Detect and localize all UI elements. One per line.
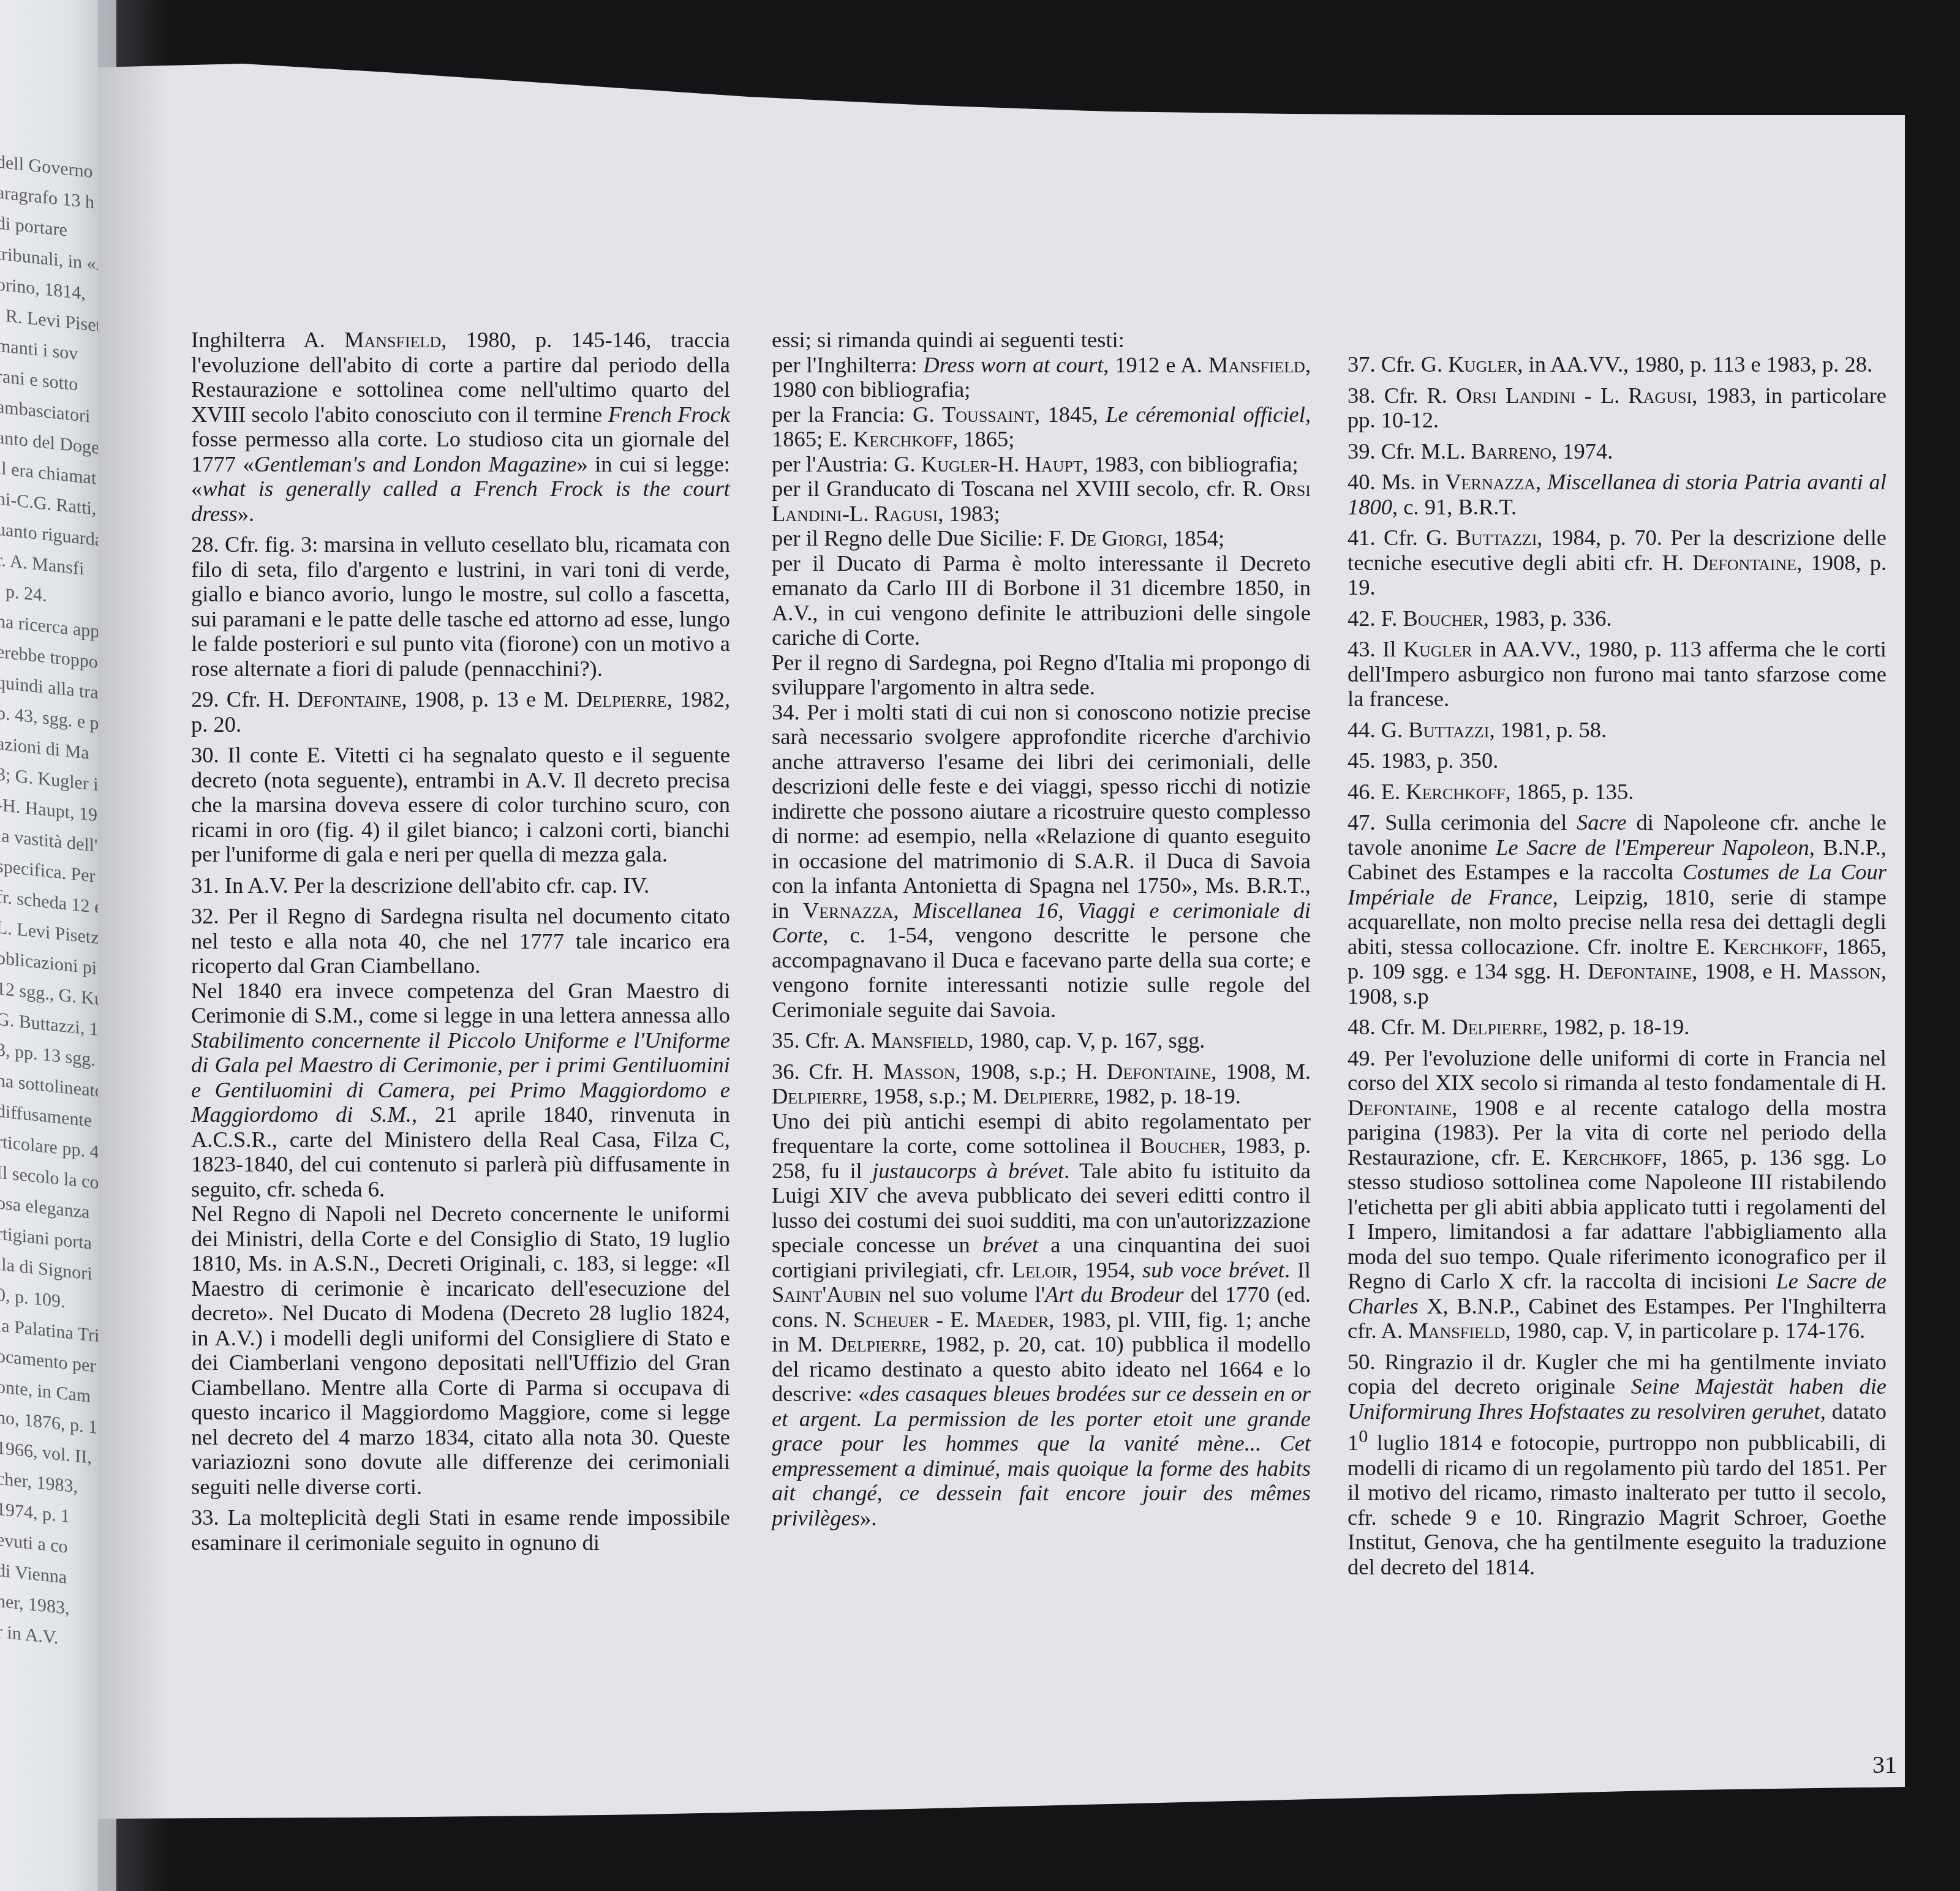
footnote-35: 35. Cfr. A. Mansfield, 1980, cap. V, p. … — [772, 1028, 1311, 1053]
footnote-30: 30. Il conte E. Vitetti ci ha segnalato … — [191, 743, 730, 867]
footnotes-column-left: Inghilterra A. Mansfield, 1980, p. 145-1… — [191, 328, 730, 1561]
footnote-38: 38. Cfr. R. Orsi Landini - L. Ragusi, 19… — [1347, 383, 1887, 433]
footnote-39: 39. Cfr. M.L. Barreno, 1974. — [1347, 439, 1887, 464]
footnote-32c: Nel Regno di Napoli nel Decreto concerne… — [191, 1201, 730, 1499]
footnote-43: 43. Il Kugler in AA.VV., 1980, p. 113 af… — [1347, 637, 1887, 712]
footnote-28: 28. Cfr. fig. 3: marsina in velluto cese… — [191, 532, 730, 681]
footnote-33-cont: essi; si rimanda quindi ai seguenti test… — [772, 328, 1311, 476]
footnote-29: 29. Cfr. H. Defontaine, 1908, p. 13 e M.… — [191, 687, 730, 737]
footnote-42: 42. F. Boucher, 1983, p. 336. — [1347, 606, 1887, 631]
footnote-48: 48. Cfr. M. Delpierre, 1982, p. 18-19. — [1347, 1015, 1887, 1040]
footnote-37: 37. Cfr. G. Kugler, in AA.VV., 1980, p. … — [1347, 352, 1887, 377]
footnote-47: 47. Sulla cerimonia del Sacre di Napoleo… — [1347, 810, 1887, 1009]
footnote-41: 41. Cfr. G. Buttazzi, 1984, p. 70. Per l… — [1347, 525, 1887, 600]
footnote-49: 49. Per l'evoluzione delle uniformi di c… — [1347, 1046, 1887, 1344]
footnotes-column-right: 37. Cfr. G. Kugler, in AA.VV., 1980, p. … — [1347, 352, 1887, 1585]
book-page: Inghilterra A. Mansfield, 1980, p. 145-1… — [98, 0, 1905, 1891]
footnote-40: 40. Ms. in Vernazza, Miscellanea di stor… — [1347, 470, 1887, 519]
footnote-32a: 32. Per il Regno di Sardegna risulta nel… — [191, 904, 730, 979]
footnote-46: 46. E. Kerchkoff, 1865, p. 135. — [1347, 780, 1887, 805]
footnote-45: 45. 1983, p. 350. — [1347, 748, 1887, 773]
footnote-27-cont: Inghilterra A. Mansfield, 1980, p. 145-1… — [191, 328, 730, 526]
footnote-44: 44. G. Buttazzi, 1981, p. 58. — [1347, 718, 1887, 743]
page-number: 31 — [1872, 1750, 1897, 1779]
footnotes-column-middle: essi; si rimanda quindi ai seguenti test… — [772, 328, 1311, 1536]
footnote-33-cont2: per il Granducato di Toscana nel XVIII s… — [772, 476, 1311, 700]
footnote-50: 50. Ringrazio il dr. Kugler che mi ha ge… — [1347, 1350, 1887, 1580]
footnote-36: 36. Cfr. H. Masson, 1908, s.p.; H. Defon… — [772, 1059, 1311, 1531]
footnote-33: 33. La molteplicità degli Stati in esame… — [191, 1505, 730, 1555]
footnote-31: 31. In A.V. Per la descrizione dell'abit… — [191, 873, 730, 898]
footnote-32b: Nel 1840 era invece competenza del Gran … — [191, 979, 730, 1202]
footnote-34: 34. Per i molti stati di cui non si cono… — [772, 700, 1311, 1023]
